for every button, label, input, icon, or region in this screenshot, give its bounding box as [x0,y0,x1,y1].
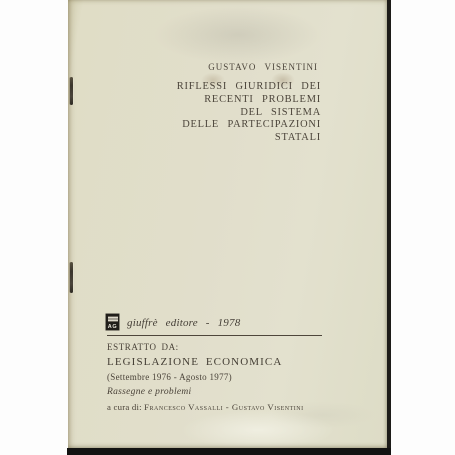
backing-board-right-edge [387,0,391,450]
series-title: Rassegne e problemi [107,387,304,397]
title-line-3: DELLE PARTECIPAZIONI STATALI [140,119,321,145]
giuffre-publisher-logo-icon: AG [106,314,119,330]
editors-prefix: a cura di: [107,402,142,412]
logo-letters: AG [106,324,119,330]
title-line-1: RIFLESSI GIURIDICI DEI RECENTI PROBLEMI [140,81,321,107]
journal-period: (Settembre 1976 - Agosto 1977) [107,372,304,382]
staple-bottom [70,262,73,293]
logo-band [108,316,118,322]
editors-line: a cura di: Francesco Vassalli - Gustavo … [107,402,304,412]
author-name: GUSTAVO VISENTINI [140,62,321,72]
staple-top [70,77,73,105]
title-block: GUSTAVO VISENTINI RIFLESSI GIURIDICI DEI… [140,62,321,145]
title-line-2: DEL SISTEMA [140,107,321,120]
extract-label: ESTRATTO DA: [107,342,304,352]
editors-names: Francesco Vassalli - Gustavo Visentini [144,402,303,412]
scanned-cover-photo: GUSTAVO VISENTINI RIFLESSI GIURIDICI DEI… [0,0,455,455]
publisher-row: AG giuffrè editore - 1978 [106,314,240,330]
horizontal-rule [107,335,322,336]
extract-block: ESTRATTO DA: LEGISLAZIONE ECONOMICA (Set… [107,342,304,412]
publisher-imprint: giuffrè editore - 1978 [127,317,240,330]
journal-title: LEGISLAZIONE ECONOMICA [107,356,304,368]
backing-board-bottom-edge [67,448,391,455]
